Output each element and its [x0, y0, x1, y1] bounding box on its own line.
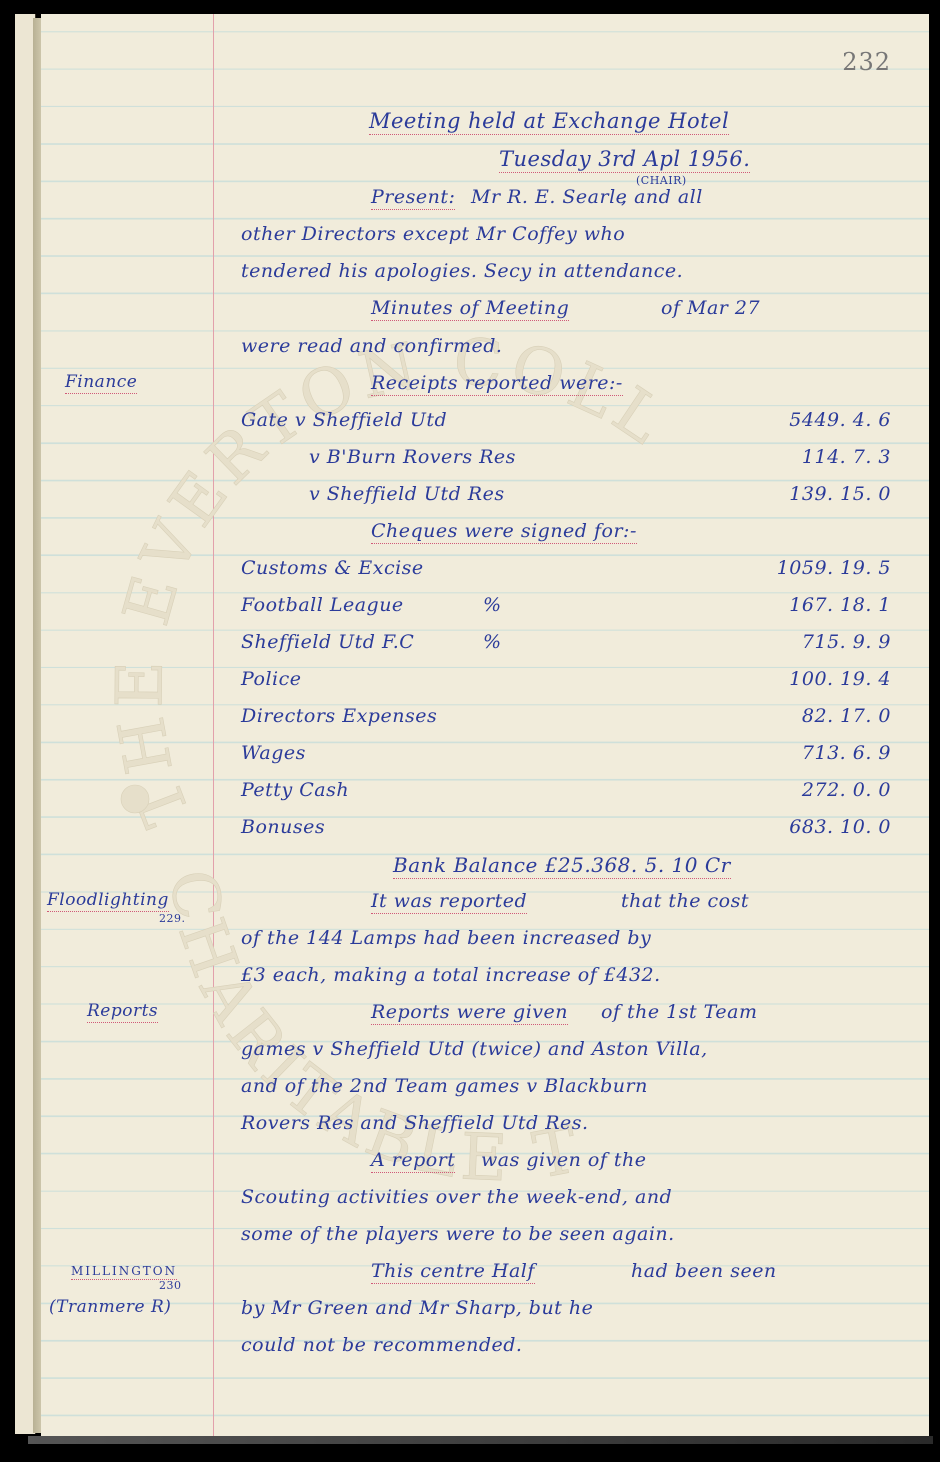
floodlighting-line: £3 each, making a total increase of £432… — [241, 964, 661, 986]
ledger-page: THE EVERTON COLLECTION CHARITABLE TRUST … — [41, 14, 929, 1438]
scouting-lead: A report — [371, 1149, 455, 1173]
cheque-note: % — [483, 631, 502, 653]
cheque-label: Directors Expenses — [241, 705, 437, 727]
scouting-line: Scouting activities over the week-end, a… — [241, 1186, 672, 1208]
cheque-amount: 1059. 19. 5 — [721, 557, 891, 579]
receipt-label: v Sheffield Utd Res — [309, 483, 505, 505]
cheque-label: Bonuses — [241, 816, 325, 838]
margin-rule — [213, 14, 214, 1438]
reports-line: of the 1st Team — [601, 1001, 757, 1023]
floodlighting-line: that the cost — [621, 890, 749, 912]
margin-label-reports: Reports — [87, 1001, 158, 1023]
margin-label-finance: Finance — [65, 372, 137, 394]
reports-line: Rovers Res and Sheffield Utd Res. — [241, 1112, 589, 1134]
page-number: 232 — [842, 48, 891, 76]
margin-club-millington: (Tranmere R) — [49, 1297, 171, 1317]
reports-line: games v Sheffield Utd (twice) and Aston … — [241, 1038, 708, 1060]
present-label: Present: — [371, 186, 455, 210]
scouting-line: was given of the — [481, 1149, 647, 1171]
cheque-amount: 100. 19. 4 — [721, 668, 891, 690]
ledger-bottom-edge — [28, 1436, 933, 1444]
receipt-amount: 139. 15. 0 — [721, 483, 891, 505]
receipt-amount: 114. 7. 3 — [721, 446, 891, 468]
margin-label-millington: MILLINGTON — [71, 1264, 177, 1280]
cheque-note: % — [483, 594, 502, 616]
floodlighting-lead: It was reported — [371, 890, 527, 914]
cheque-amount: 167. 18. 1 — [721, 594, 891, 616]
millington-line: by Mr Green and Mr Sharp, but he — [241, 1297, 593, 1319]
millington-lead: This centre Half — [371, 1260, 535, 1284]
cheque-label: Sheffield Utd F.C — [241, 631, 414, 653]
margin-label-floodlighting: Floodlighting — [47, 890, 169, 912]
receipt-label: v B'Burn Rovers Res — [309, 446, 516, 468]
cheque-label: Petty Cash — [241, 779, 349, 801]
millington-line: could not be recommended. — [241, 1334, 522, 1356]
attendance-line-1: other Directors except Mr Coffey who — [241, 223, 625, 245]
cheque-label: Customs & Excise — [241, 557, 424, 579]
cheque-amount: 272. 0. 0 — [721, 779, 891, 801]
minutes-reference: of Mar 27 — [661, 297, 760, 319]
margin-ref-millington: 230 — [159, 1279, 182, 1292]
minutes-label: Minutes of Meeting — [371, 297, 569, 321]
floodlighting-line: of the 144 Lamps had been increased by — [241, 927, 651, 949]
cheque-label: Police — [241, 668, 302, 690]
attendance-line-2: tendered his apologies. Secy in attendan… — [241, 260, 683, 282]
receipts-heading: Receipts reported were:- — [371, 372, 623, 396]
scouting-line: some of the players were to be seen agai… — [241, 1223, 675, 1245]
reports-line: and of the 2nd Team games v Blackburn — [241, 1075, 648, 1097]
cheque-label: Wages — [241, 742, 306, 764]
cheque-amount: 82. 17. 0 — [721, 705, 891, 727]
minutes-confirmed: were read and confirmed. — [241, 335, 502, 357]
receipt-amount: 5449. 4. 6 — [721, 409, 891, 431]
meeting-heading: Meeting held at Exchange Hotel — [369, 109, 729, 135]
present-continuation: , and all — [621, 186, 703, 208]
cheque-label: Football League — [241, 594, 404, 616]
cheque-amount: 683. 10. 0 — [721, 816, 891, 838]
cheques-heading: Cheques were signed for:- — [371, 520, 637, 544]
cheque-amount: 715. 9. 9 — [721, 631, 891, 653]
present-chair-name: Mr R. E. Searle — [471, 186, 627, 208]
receipt-label: Gate v Sheffield Utd — [241, 409, 447, 431]
margin-ref-floodlighting: 229. — [159, 912, 186, 925]
bank-balance: Bank Balance £25.368. 5. 10 Cr — [393, 853, 731, 879]
cheque-amount: 713. 6. 9 — [721, 742, 891, 764]
meeting-date: Tuesday 3rd Apl 1956. — [499, 147, 750, 173]
reports-lead: Reports were given — [371, 1001, 568, 1025]
millington-line: had been seen — [631, 1260, 777, 1282]
